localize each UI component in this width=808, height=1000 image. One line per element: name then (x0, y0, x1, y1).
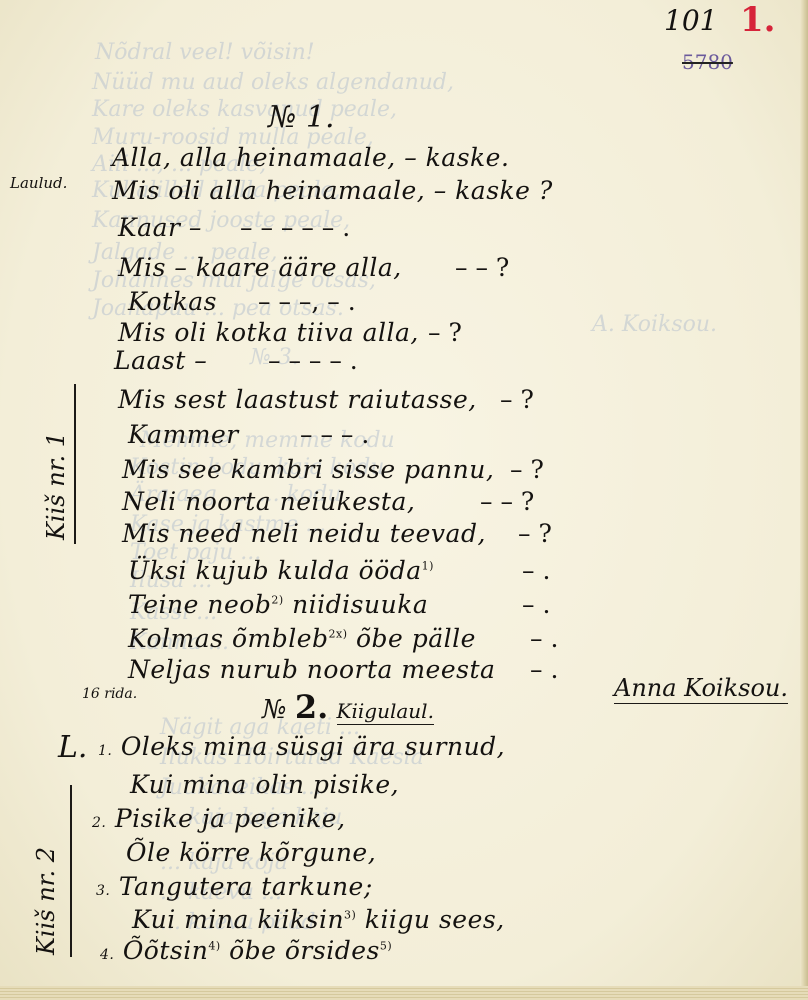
verse-line: Mis – kaare ääre alla, (118, 253, 402, 282)
verse-line: Neli noorta neiukesta, (122, 487, 415, 516)
verse-line: Mis oli kotka tiiva alla, (118, 318, 419, 347)
page-edge-right (800, 0, 808, 1000)
verse-repeat-marks: – . (530, 624, 558, 653)
bleed-line: Kare oleks kasvanud peale, (92, 97, 397, 122)
collector-signature: Anna Koiksou. (614, 674, 788, 702)
footnote-marker: 3) (344, 909, 356, 922)
verse-repeat-marks: – ? (500, 385, 534, 414)
manuscript-page: Nõdral veel! võisin! Nüüd mu aud oleks a… (0, 0, 808, 1000)
verse-line: Õle körre kõrgune, (126, 838, 376, 867)
song1-title: № 1. (268, 100, 335, 135)
verse-line: 3. Tangutera tarkune; (96, 872, 373, 901)
verse-line: Kui mina olin pisike, (130, 770, 399, 799)
verse-line: Kammer (128, 420, 239, 449)
verse-repeat-marks: – . (522, 590, 550, 619)
verse-line: Neljas nurub noorta meesta (128, 655, 495, 684)
verse-line: Kotkas (128, 287, 217, 316)
verse-repeat-marks: – – –, – . (258, 287, 356, 316)
verse-repeat-marks: – – ? (480, 487, 534, 516)
crossed-stamp-number: 5780 (682, 50, 733, 74)
verse-repeat-marks: – ? (428, 318, 462, 347)
archive-page-number: 101 (664, 4, 717, 37)
margin-rule-song2 (70, 785, 72, 957)
margin-note-laulud: Laulud. (10, 174, 67, 192)
verse-line: Mis need neli neidu teevad, (122, 519, 486, 548)
verse-line: 2. Pisike ja peenike, (92, 804, 346, 833)
verse-line: Üksi kujub kulda ööda1) (128, 556, 434, 585)
verse-line: 1. Oleks mina süsgi ära surnud, (98, 732, 505, 761)
bleed-line: Nõdral veel! võisin! (95, 40, 315, 65)
verse-line: Laast – (114, 346, 207, 375)
verse-line: Mis sest laastust raiutasse, (118, 385, 477, 414)
verse-repeat-marks: – – ? (455, 253, 509, 282)
footnote-marker: 4) (208, 940, 220, 953)
verse-repeat-marks: – ? (510, 455, 544, 484)
margin-label-song1: Kiiš nr. 1 (42, 432, 70, 540)
red-mark: 1. (740, 0, 776, 40)
margin-label-song2: Kiiš nr. 2 (32, 847, 60, 955)
verse-repeat-marks: – . (530, 655, 558, 684)
footnote-marker: 1) (422, 560, 434, 573)
verse-repeat-marks: – – – . (300, 420, 369, 449)
verse-line: 4. Õõtsin4) õbe õrsides5) (100, 936, 392, 965)
verse-line: Alla, alla heinamaale, – kaske. (112, 143, 509, 172)
bleed-line: Nüüd mu aud oleks algendanud, (92, 70, 454, 95)
footnote-marker: 2x) (329, 628, 348, 641)
verse-repeat-marks: – ? (518, 519, 552, 548)
footnote-marker: 2) (271, 594, 283, 607)
footnote-marker: 5) (380, 940, 392, 953)
margin-rule-song1 (74, 384, 76, 544)
verse-line: Mis oli alla heinamaale, – kaske ? (112, 176, 553, 205)
verse-count-note: 16 rida. (82, 686, 137, 702)
verse-repeat-marks: – – – – – . (240, 213, 350, 242)
verse-line: Kolmas õmbleb2x) õbe pälle (128, 624, 476, 653)
song2-margin-letter: L. (58, 730, 87, 765)
page-edge-bottom (0, 986, 808, 1000)
bleed-line: A. Koiksou. (592, 312, 717, 337)
song2-title: № 2. Kiigulaul. (262, 688, 434, 726)
verse-line: Kui mina kiiksin3) kiigu sees, (132, 905, 505, 934)
verse-line: Kaar – (118, 213, 202, 242)
verse-repeat-marks: – . (522, 556, 550, 585)
verse-line: Teine neob2) niidisuuka (128, 590, 428, 619)
verse-line: Mis see kambri sisse pannu, (122, 455, 494, 484)
verse-repeat-marks: – – – – . (268, 346, 358, 375)
